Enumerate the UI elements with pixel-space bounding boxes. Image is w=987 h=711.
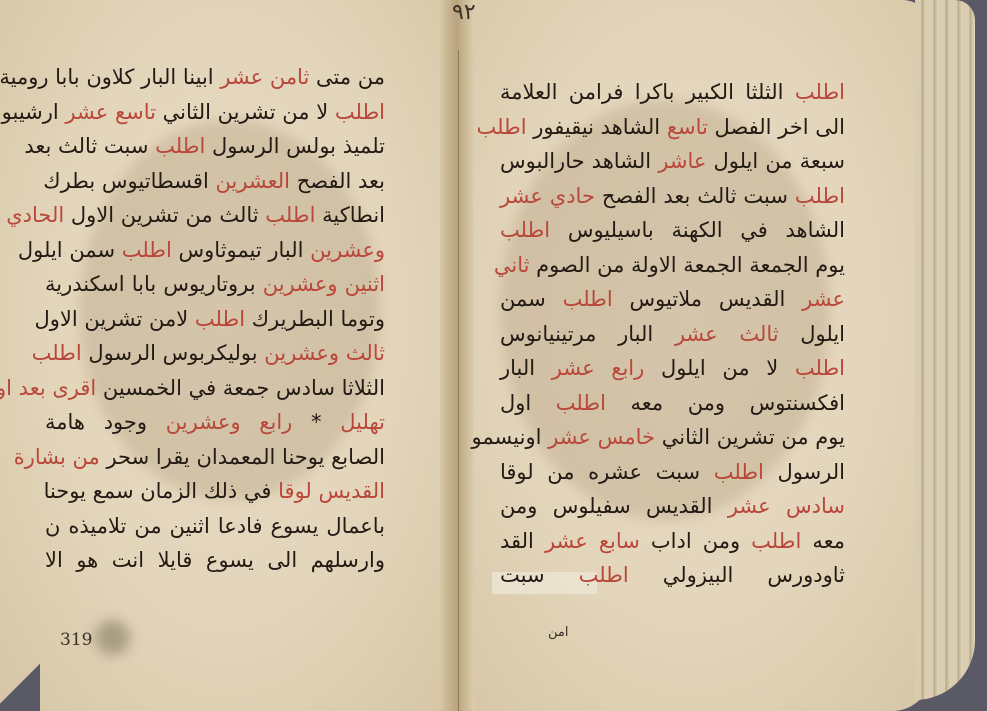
body-text: الثلثا الكبير باكرا فرامن العلامة (500, 80, 784, 104)
rubric-text: القديس لوقا (271, 479, 385, 503)
rubric-text: اطلب (259, 203, 316, 227)
rubric-text: تاسع عشر (59, 100, 156, 124)
rubric-text: من بشارة (14, 445, 100, 469)
rubric-text: تهليل (322, 410, 385, 434)
rubric-text: اقرى بعد اوله (0, 376, 96, 400)
manuscript-line: معه اطلب ومن اداب سابع عشر القد (500, 524, 845, 559)
body-text: الشاهد في الكهنة باسيليوس (550, 218, 845, 242)
manuscript-line: افكسنتوس ومن معه اطلب اول (500, 386, 845, 421)
body-text: البار (500, 356, 535, 380)
rubric-text: اطلب (778, 356, 845, 380)
rubric-text: الحادي (6, 203, 64, 227)
body-text: الصابع يوحنا المعمدان يقرا سحر (100, 445, 385, 469)
manuscript-line: الصابع يوحنا المعمدان يقرا سحر من بشارة (45, 440, 385, 475)
rubric-text: اطلب (531, 391, 606, 415)
manuscript-line: تهليل * رابع وعشرين وجود هامة (45, 405, 385, 440)
body-text: لامن تشرين الاول (34, 307, 188, 331)
manuscript-line: اثنين وعشرين بروتاريوس بابا اسكندرية (45, 267, 385, 302)
body-text: القديس سفيلوس ومن (500, 494, 713, 518)
left-page-text: من متى ثامن عشر ابينا البار كلاون بابا ر… (45, 60, 385, 578)
body-text: اول (500, 391, 531, 415)
body-text: يوم الجمعة الجمعة الاولة من الصوم (529, 253, 845, 277)
manuscript-line: يوم الجمعة الجمعة الاولة من الصوم ثاني (500, 248, 845, 283)
body-text: انطاكية (315, 203, 385, 227)
manuscript-line: تلميذ بولس الرسول اطلب سبت ثالث بعد (45, 129, 385, 164)
manuscript-line: سادس عشر القديس سفيلوس ومن (500, 489, 845, 524)
rubric-text: حادي عشر (500, 184, 595, 208)
rubric-text: رابع عشر (535, 356, 644, 380)
manuscript-line: يوم من تشرين الثاني خامس عشر اونيسمو (500, 420, 845, 455)
body-text: بعد الفصح (290, 169, 385, 193)
manuscript-line: ثاودورس البيزولي اطلب سبت (500, 558, 845, 593)
body-text: اقسطاتيوس بطرك (43, 169, 209, 193)
rubric-text: اطلب (546, 287, 613, 311)
body-text: بوليكربوس الرسول (82, 341, 258, 365)
manuscript-line: بعد الفصح العشرين اقسطاتيوس بطرك (45, 164, 385, 199)
body-text: الرسول (764, 460, 845, 484)
rubric-text: اطلب (188, 307, 245, 331)
rubric-text: اطلب (545, 563, 629, 587)
page-edges (915, 0, 975, 700)
body-text: ن (45, 514, 60, 538)
body-text: يوم من تشرين الثاني (655, 425, 845, 449)
manuscript-line: الثلاثا سادس جمعة في الخمسين اقرى بعد او… (45, 371, 385, 406)
manuscript-photo: ٩٢ من متى ثامن عشر ابينا البار كلاون باب… (0, 0, 987, 711)
body-text: وارسلهم الى يسوع قايلا انت هو الا (45, 548, 385, 572)
manuscript-line: من متى ثامن عشر ابينا البار كلاون بابا ر… (45, 60, 385, 95)
body-text: لا من ايلول (644, 356, 778, 380)
body-text: لا من تشرين الثاني (156, 100, 328, 124)
manuscript-line: سبعة من ايلول عاشر الشاهد حارالبوس (500, 144, 845, 179)
body-text: ثالث من تشرين الاول (64, 203, 258, 227)
gutter-crease (458, 50, 459, 711)
body-text: ارشيبوس (0, 100, 59, 124)
body-text: من متى (309, 65, 385, 89)
body-text: وتوما البطريرك (245, 307, 385, 331)
body-text: سبت ثالث بعد (24, 134, 148, 158)
rubric-text: ثالث وعشرين (258, 341, 385, 365)
body-text: القديس ملاتيوس (613, 287, 786, 311)
manuscript-line: اطلب سبت ثالث بعد الفصح حادي عشر (500, 179, 845, 214)
body-text: ثاودورس البيزولي (629, 563, 845, 587)
rubric-text: ثامن عشر (214, 65, 310, 89)
body-text: سبت ثالث بعد الفصح (595, 184, 788, 208)
body-text: سبعة من ايلول (706, 149, 845, 173)
rubric-text: ثاني (494, 253, 530, 277)
body-text: سبت (500, 563, 545, 587)
folio-number: 319 (60, 630, 92, 650)
body-text: الى اخر الفصل (708, 115, 845, 139)
rubric-text: عاشر (651, 149, 706, 173)
margin-note: امن (548, 625, 568, 640)
book-gutter (440, 0, 474, 711)
rubric-text: العشرين (209, 169, 290, 193)
body-text: سمن ايلول (18, 238, 115, 262)
rubric-text: تاسع (660, 115, 708, 139)
rubric-text: عشر (785, 287, 845, 311)
rubric-text: وعشرين (304, 238, 386, 262)
body-text: البار تيموثاوس (172, 238, 304, 262)
manuscript-line: ثالث وعشرين بوليكربوس الرسول اطلب (45, 336, 385, 371)
manuscript-line: ايلول ثالث عشر البار مرتينيانوس (500, 317, 845, 352)
rubric-text: اطلب (740, 529, 801, 553)
rubric-text: اطلب (148, 134, 205, 158)
manuscript-line: وتوما البطريرك اطلب لامن تشرين الاول (45, 302, 385, 337)
rubric-text: اثنين وعشرين (256, 272, 385, 296)
rubric-text: اطلب (328, 100, 385, 124)
manuscript-line: وعشرين البار تيموثاوس اطلب سمن ايلول (45, 233, 385, 268)
body-text: الشاهد حارالبوس (500, 149, 651, 173)
body-text: الثلاثا سادس جمعة في الخمسين (96, 376, 385, 400)
rubric-text: اطلب (784, 80, 845, 104)
body-text: سبت عشره من لوقا (500, 460, 700, 484)
body-text: افكسنتوس ومن معه (606, 391, 845, 415)
body-text: القد (500, 529, 534, 553)
body-text: * (292, 410, 321, 434)
manuscript-line: وارسلهم الى يسوع قايلا انت هو الا (45, 543, 385, 578)
rubric-text: خامس عشر (541, 425, 655, 449)
body-text: الشاهد نيقيفور (527, 115, 661, 139)
rubric-text: سادس عشر (713, 494, 845, 518)
body-text: تلميذ بولس الرسول (205, 134, 385, 158)
manuscript-line: القديس لوقا في ذلك الزمان سمع يوحنا (45, 474, 385, 509)
body-text: وجود هامة (45, 410, 147, 434)
rubric-text: رابع وعشرين (147, 410, 292, 434)
body-text: في ذلك الزمان سمع يوحنا (44, 479, 272, 503)
corner-number: ٩٢ (452, 0, 476, 25)
rubric-text: اطلب (500, 218, 550, 242)
manuscript-line: باعمال يسوع فادعا اثنين من تلاميذه ن (45, 509, 385, 544)
dark-spot (95, 620, 130, 655)
manuscript-line: الشاهد في الكهنة باسيليوس اطلب (500, 213, 845, 248)
rubric-text: اطلب (700, 460, 764, 484)
manuscript-line: انطاكية اطلب ثالث من تشرين الاول الحادي (45, 198, 385, 233)
rubric-text: ثالث عشر (653, 322, 778, 346)
body-text: ابينا البار كلاون بابا رومية (0, 65, 214, 89)
rubric-text: سابع عشر (534, 529, 640, 553)
rubric-text: اطلب (476, 115, 526, 139)
body-text: ايلول (779, 322, 845, 346)
rubric-text: اطلب (32, 341, 82, 365)
body-text: اونيسمو (472, 425, 542, 449)
body-text: ومن اداب (640, 529, 740, 553)
body-text: باعمال يسوع فادعا اثنين من تلاميذه (60, 514, 385, 538)
body-text: بروتاريوس بابا اسكندرية (45, 272, 256, 296)
manuscript-line: عشر القديس ملاتيوس اطلب سمن (500, 282, 845, 317)
manuscript-line: اطلب لا من تشرين الثاني تاسع عشر ارشيبوس (45, 95, 385, 130)
body-text: البار مرتينيانوس (500, 322, 653, 346)
body-text: معه (801, 529, 845, 553)
manuscript-line: اطلب الثلثا الكبير باكرا فرامن العلامة (500, 75, 845, 110)
rubric-text: اطلب (788, 184, 845, 208)
manuscript-line: الرسول اطلب سبت عشره من لوقا (500, 455, 845, 490)
manuscript-line: الى اخر الفصل تاسع الشاهد نيقيفور اطلب (500, 110, 845, 145)
body-text: سمن (500, 287, 546, 311)
manuscript-line: اطلب لا من ايلول رابع عشر البار (500, 351, 845, 386)
rubric-text: اطلب (115, 238, 172, 262)
right-page-text: اطلب الثلثا الكبير باكرا فرامن العلامةال… (500, 75, 845, 593)
